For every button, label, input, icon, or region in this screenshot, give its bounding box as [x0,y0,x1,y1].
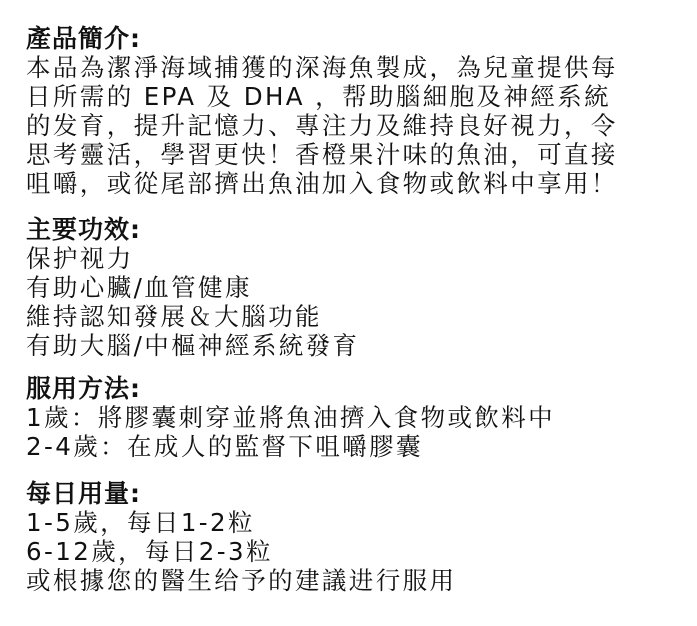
text-line: 思考靈活，學習更快！香橙果汁味的魚油，可直接 [26,140,686,169]
list-item: 2-4歲：在成人的監督下咀嚼膠囊 [26,432,686,461]
section-heading: 主要功效: [26,215,686,244]
text-line: 咀嚼，或從尾部擠出魚油加入食物或飲料中享用！ [26,169,686,198]
section-heading: 服用方法: [26,374,686,403]
daily-dosage-section: 每日用量: 1-5歲，每日1-2粒 6-12歲，每日2-3粒 或根據您的醫生给予… [26,479,686,595]
list-item: 有助大腦/中樞神經系統發育 [26,331,686,360]
text-line: 日所需的 EPA 及 DHA ，帮助腦細胞及神經系統 [26,82,686,111]
list-item: 6-12歲，每日2-3粒 [26,537,686,566]
list-item: 或根據您的醫生给予的建議进行服用 [26,566,686,595]
product-intro-section: 產品簡介: 本品為潔淨海域捕獲的深海魚製成，為兒童提供每 日所需的 EPA 及 … [26,24,686,198]
text-line: 的发育，提升記憶力、專注力及維持良好視力，令 [26,111,686,140]
section-heading: 產品簡介: [26,24,686,53]
section-heading: 每日用量: [26,479,686,508]
text-line: 本品為潔淨海域捕獲的深海魚製成，為兒童提供每 [26,53,686,82]
usage-directions-section: 服用方法: 1歲：將膠囊刺穿並將魚油擠入食物或飲料中 2-4歲：在成人的監督下咀… [26,374,686,461]
list-item: 維持認知發展＆大腦功能 [26,302,686,331]
list-item: 保护视力 [26,244,686,273]
list-item: 1歲：將膠囊刺穿並將魚油擠入食物或飲料中 [26,403,686,432]
list-item: 1-5歲，每日1-2粒 [26,508,686,537]
list-item: 有助心臟/血管健康 [26,273,686,302]
main-benefits-section: 主要功效: 保护视力 有助心臟/血管健康 維持認知發展＆大腦功能 有助大腦/中樞… [26,215,686,360]
